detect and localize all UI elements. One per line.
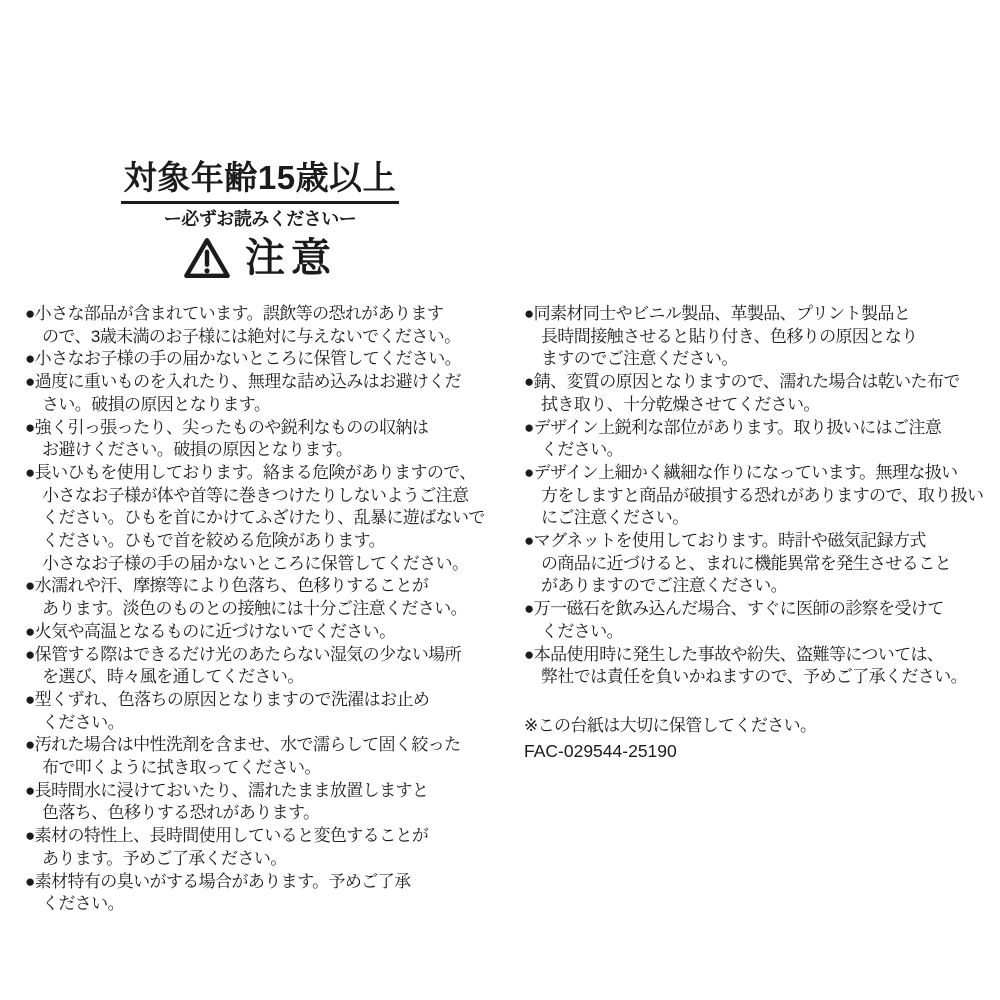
warning-item: ●火気や高温となるものに近づけないでください。 [25,621,510,644]
warning-item: ●デザイン上鋭利な部位があります。取り扱いにはご注意 ください。 [524,417,994,462]
warning-item: ●汚れた場合は中性洗剤を含ませ、水で濡らして固く絞った 布で叩くように拭き取って… [25,734,510,779]
warning-item: ●マグネットを使用しております。時計や磁気記録方式 の商品に近づけると、まれに機… [524,530,994,598]
warning-triangle-icon [183,236,231,281]
warning-item: ●万一磁石を飲み込んだ場合、すぐに医師の診察を受けて ください。 [524,598,994,643]
warning-item: ●長時間水に浸けておいたり、濡れたまま放置しますと 色落ち、色移りする恐れがあり… [25,780,510,825]
caution-label: 注意 [245,238,337,278]
warnings-column-right: ●同素材同士やビニル製品、革製品、プリント製品と 長時間接触させると貼り付き、色… [524,303,994,762]
warning-item: ●過度に重いものを入れたり、無理な詰め込みはお避けくだ さい。破損の原因となりま… [25,371,510,416]
warning-item: ●同素材同士やビニル製品、革製品、プリント製品と 長時間接触させると貼り付き、色… [524,303,994,371]
warning-item: ●強く引っ張ったり、尖ったものや鋭利なものの収納は お避けください。破損の原因と… [25,417,510,462]
warnings-list-right: ●同素材同士やビニル製品、革製品、プリント製品と 長時間接触させると貼り付き、色… [524,303,994,689]
warning-item: ●錆、変質の原因となりますので、濡れた場合は乾いた布で 拭き取り、十分乾燥させて… [524,371,994,416]
warning-item: ●本品使用時に発生した事故や紛失、盗難等については、 弊社では責任を負いかねます… [524,644,994,689]
header: 対象年齢15歳以上 ー必ずお読みくださいー 注意 [112,158,408,281]
warning-item: ●型くずれ、色落ちの原因となりますので洗濯はお止め ください。 [25,689,510,734]
warning-item: ●デザイン上細かく繊細な作りになっています。無理な扱い 方をしますと商品が破損す… [524,462,994,530]
warnings-column-left: ●小さな部品が含まれています。誤飲等の恐れがあります ので、3歳未満のお子様には… [25,303,510,916]
caution-heading: 注意 [112,236,408,281]
warning-item: ●小さな部品が含まれています。誤飲等の恐れがあります ので、3歳未満のお子様には… [25,303,510,348]
warning-item: ●長いひもを使用しております。絡まる危険がありますので、 小さなお子様が体や首等… [25,462,510,576]
age-restriction-title: 対象年齢15歳以上 [121,158,399,204]
product-code: FAC-029544-25190 [524,740,994,763]
warning-item: ●保管する際はできるだけ光のあたらない湿気の少ない場所 を選び、時々風を通してく… [25,644,510,689]
warnings-list-left: ●小さな部品が含まれています。誤飲等の恐れがあります ので、3歳未満のお子様には… [25,303,510,916]
warning-item: ●水濡れや汗、摩擦等により色落ち、色移りすることが あります。淡色のものとの接触… [25,575,510,620]
warning-item: ●小さなお子様の手の届かないところに保管してください。 [25,348,510,371]
keep-card-note: ※この台紙は大切に保管してください。 [524,715,994,738]
caution-card-page: 対象年齢15歳以上 ー必ずお読みくださいー 注意 ●小さな部品が含まれています。… [0,0,1000,1000]
warning-item: ●素材特有の臭いがする場合があります。予めご了承 ください。 [25,871,510,916]
must-read-subtitle: ー必ずお読みくださいー [112,205,408,231]
warning-item: ●素材の特性上、長時間使用していると変色することが あります。予めご了承ください… [25,825,510,870]
